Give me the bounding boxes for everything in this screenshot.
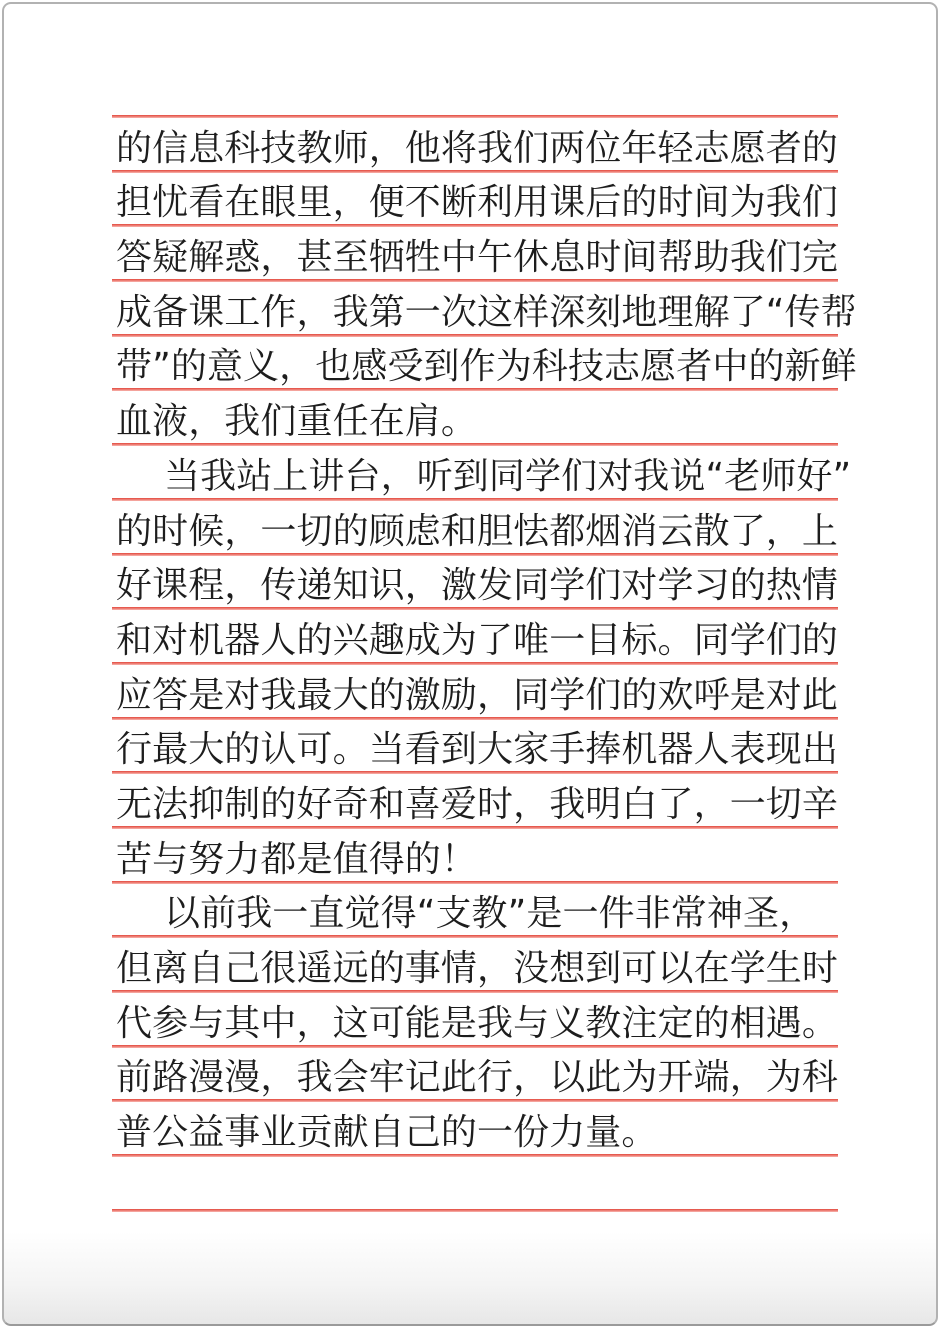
handwritten-line: 的时候，一切的顾虑和胆怯都烟消云散了，上 xyxy=(112,501,838,556)
handwritten-text: 苦与努力都是值得的！ xyxy=(116,842,477,878)
handwritten-text: 应答是对我最大的激励，同学们的欢呼是对此 xyxy=(116,678,838,714)
handwritten-line: 代参与其中，这可能是我与义教注定的相遇。 xyxy=(112,993,838,1048)
notebook-page: 的信息科技教师，他将我们两位年轻志愿者的担忧看在眼里，便不断利用课后的时间为我们… xyxy=(2,2,938,1326)
handwritten-line: 苦与努力都是值得的！ xyxy=(112,829,838,884)
handwritten-text: 的时候，一切的顾虑和胆怯都烟消云散了，上 xyxy=(116,514,838,550)
handwritten-line: 以前我一直觉得“支教”是一件非常神圣， xyxy=(112,884,838,939)
handwritten-line: 当我站上讲台，听到同学们对我说“老师好” xyxy=(112,446,838,501)
handwritten-line: 应答是对我最大的激励，同学们的欢呼是对此 xyxy=(112,665,838,720)
handwritten-text: 当我站上讲台，听到同学们对我说“老师好” xyxy=(164,459,851,495)
handwritten-text: 的信息科技教师，他将我们两位年轻志愿者的 xyxy=(116,131,838,167)
handwritten-lines-container: 的信息科技教师，他将我们两位年轻志愿者的担忧看在眼里，便不断利用课后的时间为我们… xyxy=(112,118,838,1212)
handwritten-line: 行最大的认可。当看到大家手捧机器人表现出 xyxy=(112,720,838,775)
handwritten-text: 代参与其中，这可能是我与义教注定的相遇。 xyxy=(116,1006,838,1042)
handwritten-text: 无法抑制的好奇和喜爱时，我明白了，一切辛 xyxy=(116,787,838,823)
handwritten-text: 答疑解惑，甚至牺牲中午休息时间帮助我们完 xyxy=(116,240,838,276)
handwritten-line: 成备课工作，我第一次这样深刻地理解了“传帮 xyxy=(112,282,838,337)
handwritten-line: 普公益事业贡献自己的一份力量。 xyxy=(112,1102,838,1157)
handwritten-text: 行最大的认可。当看到大家手捧机器人表现出 xyxy=(116,732,838,768)
handwritten-line: 的信息科技教师，他将我们两位年轻志愿者的 xyxy=(112,118,838,173)
handwritten-text: 但离自己很遥远的事情，没想到可以在学生时 xyxy=(116,951,838,987)
handwritten-line: 好课程，传递知识，激发同学们对学习的热情 xyxy=(112,556,838,611)
rule-line xyxy=(112,1209,838,1212)
handwritten-text: 和对机器人的兴趣成为了唯一目标。同学们的 xyxy=(116,623,838,659)
handwritten-line: 答疑解惑，甚至牺牲中午休息时间帮助我们完 xyxy=(112,227,838,282)
handwritten-line: 前路漫漫，我会牢记此行，以此为开端，为科 xyxy=(112,1048,838,1103)
handwritten-line: 但离自己很遥远的事情，没想到可以在学生时 xyxy=(112,938,838,993)
empty-ruled-line xyxy=(112,1157,838,1212)
handwritten-text: 带”的意义，也感受到作为科技志愿者中的新鲜 xyxy=(116,349,857,385)
handwritten-line: 带”的意义，也感受到作为科技志愿者中的新鲜 xyxy=(112,337,838,392)
ruled-writing-area: 的信息科技教师，他将我们两位年轻志愿者的担忧看在眼里，便不断利用课后的时间为我们… xyxy=(112,115,838,1212)
handwritten-line: 血液，我们重任在肩。 xyxy=(112,391,838,446)
handwritten-text: 成备课工作，我第一次这样深刻地理解了“传帮 xyxy=(116,295,857,331)
handwritten-line: 无法抑制的好奇和喜爱时，我明白了，一切辛 xyxy=(112,774,838,829)
handwritten-line: 担忧看在眼里，便不断利用课后的时间为我们 xyxy=(112,173,838,228)
handwritten-text: 前路漫漫，我会牢记此行，以此为开端，为科 xyxy=(116,1060,838,1096)
handwritten-text: 血液，我们重任在肩。 xyxy=(116,404,477,440)
handwritten-line: 和对机器人的兴趣成为了唯一目标。同学们的 xyxy=(112,610,838,665)
handwritten-text: 普公益事业贡献自己的一份力量。 xyxy=(116,1115,658,1151)
handwritten-text: 好课程，传递知识，激发同学们对学习的热情 xyxy=(116,568,838,604)
handwritten-text: 担忧看在眼里，便不断利用课后的时间为我们 xyxy=(116,185,838,221)
screenshot-stage: 的信息科技教师，他将我们两位年轻志愿者的担忧看在眼里，便不断利用课后的时间为我们… xyxy=(0,0,940,1328)
handwritten-text: 以前我一直觉得“支教”是一件非常神圣， xyxy=(164,896,815,932)
